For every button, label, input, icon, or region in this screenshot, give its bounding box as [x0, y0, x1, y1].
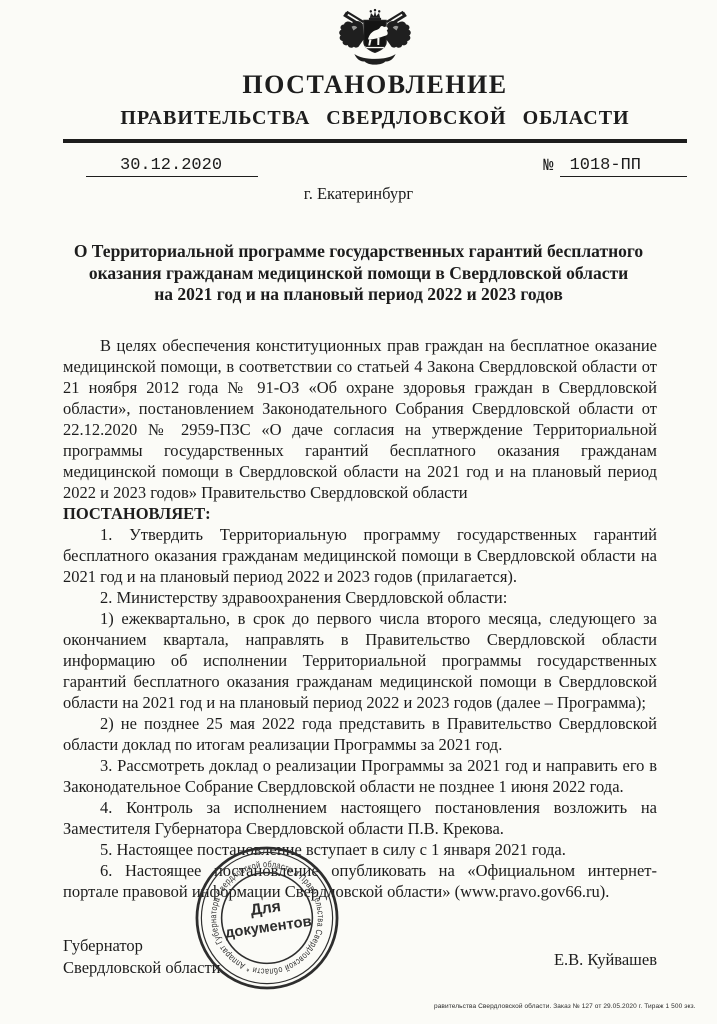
document-date: 30.12.2020 [86, 156, 258, 177]
signature-block: Губернатор Свердловской области Е.В. Куй… [63, 935, 657, 979]
document-page: ПОСТАНОВЛЕНИЕ ПРАВИТЕЛЬСТВА СВЕРДЛОВСКОЙ… [0, 0, 717, 1024]
number-sign: № [543, 157, 553, 177]
meta-row: 30.12.2020 № 1018-ПП [63, 156, 687, 177]
city-line: г. Екатеринбург [63, 184, 654, 204]
number-value: 1018-ПП [560, 156, 687, 177]
resolves-label: ПОСТАНОВЛЯЕТ: [63, 503, 657, 524]
resolution-item-4: 4. Контроль за исполнением настоящего по… [63, 797, 657, 839]
title-line-1: О Территориальной программе государствен… [63, 241, 654, 263]
svg-text:Аппарат Губернатора Свердловск: Аппарат Губернатора Свердловской области… [193, 844, 341, 992]
resolution-item-2-sub-1: 1) ежеквартально, в срок до первого числ… [63, 608, 657, 713]
resolution-item-3: 3. Рассмотреть доклад о реализации Прогр… [63, 755, 657, 797]
official-stamp: Аппарат Губернатора Свердловской области… [193, 844, 341, 992]
print-run-note: равительства Свердловской области. Заказ… [434, 1003, 696, 1010]
resolution-item-2: 2. Министерству здравоохранения Свердлов… [63, 587, 657, 608]
preamble-paragraph: В целях обеспечения конституционных прав… [63, 335, 657, 503]
resolution-item-1: 1. Утвердить Территориальную программу г… [63, 524, 657, 587]
resolution-item-5: 5. Настоящее постановление вступает в си… [63, 839, 657, 860]
stamp-center-line-2: документов [224, 914, 313, 942]
issuer-title: ПРАВИТЕЛЬСТВА СВЕРДЛОВСКОЙ ОБЛАСТИ [63, 107, 687, 130]
title-line-2: оказания гражданам медицинской помощи в … [63, 263, 654, 285]
document-title: О Территориальной программе государствен… [63, 241, 654, 306]
stamp-center-line-1: Для [249, 898, 282, 919]
signatory-name: Е.В. Куйвашев [554, 943, 657, 971]
coat-of-arms-icon [316, 8, 434, 68]
resolution-item-2-sub-2: 2) не позднее 25 мая 2022 года представи… [63, 713, 657, 755]
document-type-title: ПОСТАНОВЛЕНИЕ [63, 70, 687, 100]
stamp-ring-text: Аппарат Губернатора Свердловской области… [193, 844, 341, 992]
document-number: № 1018-ПП [543, 156, 687, 177]
header-divider [63, 139, 687, 143]
resolution-item-6: 6. Настоящее постановление опубликовать … [63, 860, 657, 902]
document-body: В целях обеспечения конституционных прав… [63, 335, 657, 902]
title-line-3: на 2021 год и на плановый период 2022 и … [63, 284, 654, 306]
